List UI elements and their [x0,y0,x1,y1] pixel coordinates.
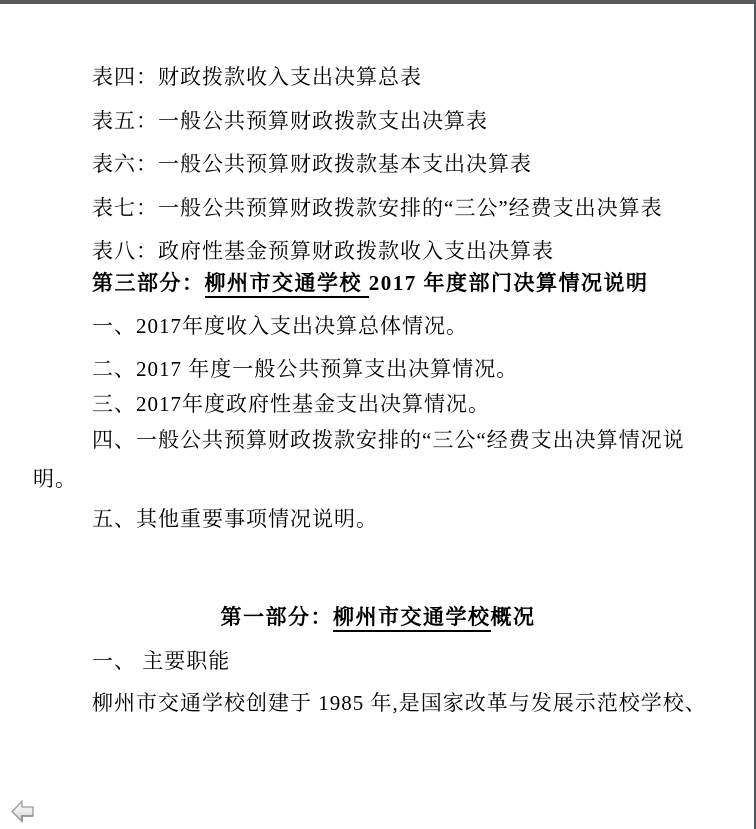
part3-item-2: 二、2017 年度一般公共预算支出决算情况。 [92,357,518,382]
part3-item-5: 五、其他重要事项情况说明。 [92,507,378,532]
part3-item-4-line-2: 明。 [33,467,77,492]
toc-line-table-four: 表四：财政拨款收入支出决算总表 [92,65,422,90]
part1-subheading-main-functions: 一、 主要职能 [92,649,230,674]
part3-heading: 第三部分：柳州市交通学校 2017 年度部门决算情况说明 [92,271,649,296]
part1-heading-suffix: 概况 [491,605,536,629]
left-block-arrow-glyph [11,798,35,825]
part3-heading-suffix: 2017 年度部门决算情况说明 [369,271,649,295]
part3-item-3: 三、2017年度政府性基金支出决算情况。 [92,392,490,417]
part3-heading-prefix: 第三部分： [92,271,205,295]
part3-item-1: 一、2017年度收入支出决算总体情况。 [92,314,468,339]
toc-line-table-six: 表六：一般公共预算财政拨款基本支出决算表 [92,152,532,177]
toc-line-table-seven: 表七：一般公共预算财政拨款安排的“三公”经费支出决算表 [92,196,663,221]
part1-heading-prefix: 第一部分： [221,605,334,629]
toc-line-table-five: 表五：一般公共预算财政拨款支出决算表 [92,109,488,134]
part3-heading-school-name: 柳州市交通学校 [205,271,369,298]
page-top-border [0,0,756,4]
part1-heading: 第一部分：柳州市交通学校概况 [0,605,756,630]
document-page: 表四：财政拨款收入支出决算总表 表五：一般公共预算财政拨款支出决算表 表六：一般… [0,0,756,829]
part1-heading-school-name: 柳州市交通学校 [333,605,491,632]
toc-line-table-eight: 表八：政府性基金预算财政拨款收入支出决算表 [92,239,554,264]
back-arrow-icon[interactable] [11,798,35,825]
part3-item-4-line-1: 四、一般公共预算财政拨款安排的“三公“经费支出决算情况说 [92,428,685,453]
part1-paragraph-line: 柳州市交通学校创建于 1985 年,是国家改革与发展示范校学校、 [92,691,707,716]
